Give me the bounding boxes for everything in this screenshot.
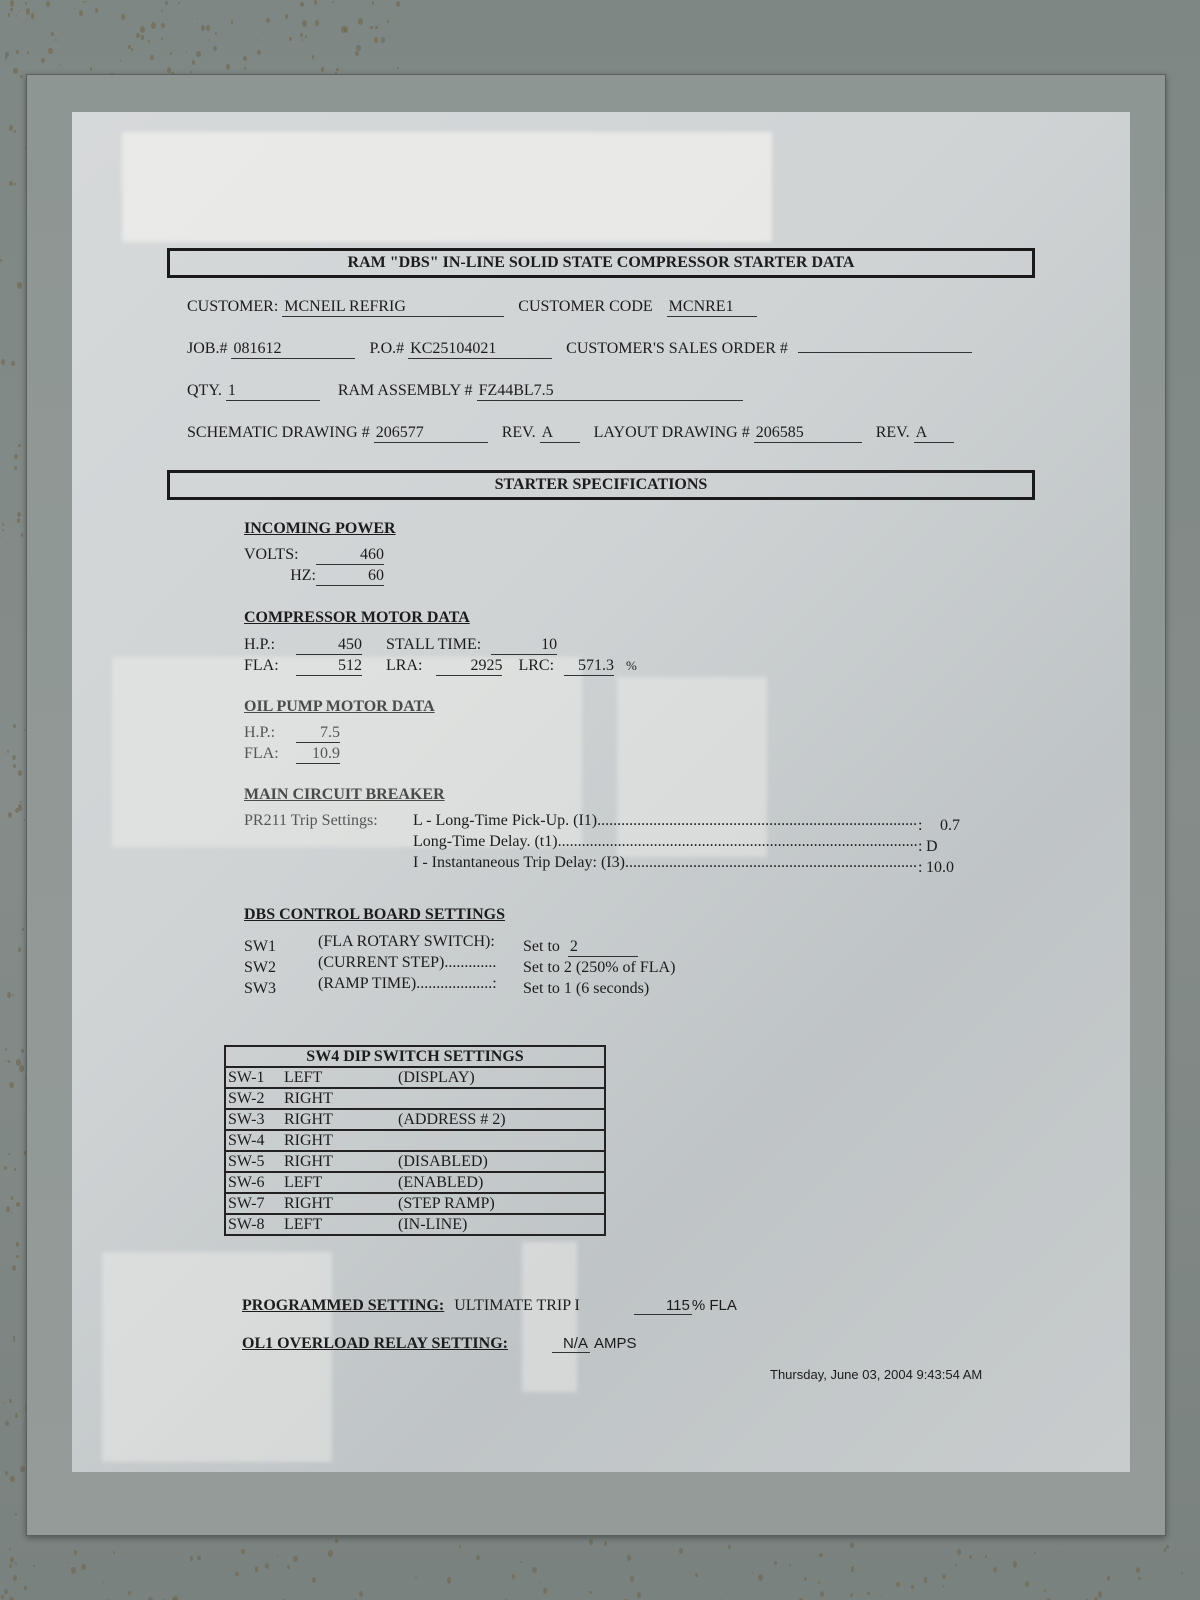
rust-speck — [33, 1565, 35, 1568]
rust-speck — [16, 15, 17, 16]
schematic-value: 206577 — [374, 424, 488, 443]
rust-speck — [9, 1548, 10, 1550]
rust-speck — [20, 1410, 21, 1412]
dbs-board-heading: DBS CONTROL BOARD SETTINGS — [244, 906, 505, 924]
unit: % FLA — [692, 1297, 737, 1314]
oil-pump-heading: OIL PUMP MOTOR DATA — [244, 698, 435, 716]
dip-switch-id: SW-1 — [225, 1067, 282, 1088]
rust-speck — [993, 1567, 997, 1572]
rust-speck — [226, 64, 230, 70]
rust-speck — [190, 71, 192, 73]
rust-speck — [46, 1, 50, 7]
rust-speck — [370, 26, 373, 30]
rust-speck — [789, 1564, 791, 1567]
rust-speck — [41, 58, 45, 63]
label: P.O.# — [369, 340, 404, 357]
rust-speck — [22, 928, 25, 932]
dip-note: (ADDRESS # 2) — [396, 1109, 605, 1130]
rust-speck — [543, 1588, 547, 1594]
label: CUSTOMER: — [187, 298, 278, 315]
rust-speck — [1013, 1561, 1017, 1567]
customer-value: MCNEIL REFRIG — [282, 298, 504, 317]
rust-speck — [14, 466, 17, 470]
rust-speck — [302, 39, 304, 42]
rust-speck — [335, 1539, 338, 1543]
rust-speck — [851, 1566, 855, 1571]
rust-speck — [358, 18, 363, 25]
dip-switch-id: SW-4 — [225, 1130, 282, 1151]
dip-position: RIGHT — [282, 1130, 396, 1151]
rust-speck — [911, 1585, 914, 1589]
main-breaker-heading: MAIN CIRCUIT BREAKER — [244, 786, 445, 804]
oil-fla-value: 10.9 — [296, 745, 340, 764]
breaker-setting-row: L - Long-Time Pick-Up. (I1).............… — [413, 812, 960, 835]
document-title: RAM "DBS" IN-LINE SOLID STATE COMPRESSOR… — [167, 248, 1035, 278]
rust-speck — [74, 7, 75, 9]
rust-speck — [627, 1555, 631, 1560]
rust-speck — [21, 1049, 24, 1053]
rust-speck — [128, 1591, 130, 1594]
rust-speck — [17, 282, 22, 289]
rust-speck — [300, 33, 303, 37]
rust-speck — [679, 1548, 683, 1553]
rust-speck — [24, 819, 25, 821]
rust-speck — [336, 68, 339, 72]
label: VOLTS: — [244, 546, 316, 564]
rust-speck — [305, 35, 307, 38]
dip-switch-id: SW-2 — [225, 1088, 282, 1109]
po-value: KC25104021 — [408, 340, 552, 359]
dip-switch-id: SW-7 — [225, 1193, 282, 1214]
switch-setting: Set to 1 (6 seconds) — [523, 980, 649, 997]
label: SCHEMATIC DRAWING # — [187, 424, 370, 441]
rust-speck — [9, 125, 14, 132]
rust-speck — [26, 8, 31, 15]
switch-id: SW3 — [244, 980, 318, 998]
rust-speck — [161, 10, 163, 13]
rust-speck — [728, 1545, 731, 1549]
rust-speck — [15, 1562, 17, 1565]
rust-speck — [55, 39, 57, 41]
rust-speck — [12, 755, 16, 760]
rust-speck — [161, 23, 165, 28]
rust-speck — [14, 454, 18, 459]
rust-speck — [15, 1513, 17, 1516]
lrc-value: 571.3 — [564, 657, 614, 676]
rust-speck — [589, 1591, 591, 1594]
rust-speck — [16, 50, 19, 54]
rust-speck — [867, 1592, 870, 1596]
label: H.P.: — [244, 724, 296, 742]
rust-speck — [1, 1595, 4, 1599]
incoming-power-heading: INCOMING POWER — [244, 520, 396, 538]
rust-speck — [206, 25, 210, 30]
rust-speck — [752, 1572, 753, 1574]
dip-position: RIGHT — [282, 1088, 396, 1109]
rust-speck — [5, 1421, 9, 1426]
rust-speck — [374, 37, 379, 43]
dip-row: SW-1LEFT(DISPLAY) — [225, 1067, 605, 1088]
rust-speck — [196, 51, 200, 57]
rust-speck — [51, 32, 54, 36]
rust-speck — [15, 1413, 18, 1418]
rust-speck — [213, 46, 217, 52]
dip-position: RIGHT — [282, 1109, 396, 1130]
customer-code-value: MCNRE1 — [667, 298, 757, 317]
colon: : — [918, 859, 926, 877]
trip-settings-label: PR211 Trip Settings: — [244, 812, 378, 830]
rust-speck — [10, 1557, 15, 1563]
dbs-setting-row: SW3(RAMP TIME)...................:Set to… — [244, 975, 649, 998]
switch-desc: (CURRENT STEP)............. — [318, 954, 523, 972]
rust-speck — [19, 1578, 20, 1580]
rust-speck — [12, 994, 13, 996]
dip-switch-id: SW-5 — [225, 1151, 282, 1172]
rust-speck — [11, 1196, 13, 1199]
rust-speck — [540, 1581, 541, 1583]
rust-speck — [24, 1586, 26, 1589]
switch-desc: (FLA ROTARY SWITCH): — [318, 933, 523, 951]
rust-speck — [302, 20, 307, 27]
rust-speck — [17, 518, 20, 522]
rust-speck — [103, 1581, 104, 1582]
label: HZ: — [244, 567, 316, 585]
rust-speck — [16, 1242, 20, 1247]
dip-note: (STEP RAMP) — [396, 1193, 605, 1214]
rust-speck — [186, 51, 187, 53]
dip-position: RIGHT — [282, 1193, 396, 1214]
label: QTY. — [187, 382, 222, 399]
drawing-row: SCHEMATIC DRAWING # 206577 REV. A LAYOUT… — [187, 424, 954, 443]
dip-note: (ENABLED) — [396, 1172, 605, 1193]
compressor-motor-heading: COMPRESSOR MOTOR DATA — [244, 609, 470, 627]
rust-speck — [13, 764, 16, 768]
rust-speck — [9, 1564, 12, 1568]
rust-speck — [20, 801, 22, 803]
label: H.P.: — [244, 636, 296, 654]
rust-speck — [818, 1581, 820, 1584]
rust-speck — [14, 130, 16, 133]
rust-speck — [8, 812, 13, 819]
rust-speck — [0, 259, 2, 261]
rust-speck — [4, 1589, 8, 1594]
label-text: HZ: — [290, 567, 316, 584]
job-row: JOB.# 081612 P.O.# KC25104021 CUSTOMER'S… — [187, 340, 972, 359]
rust-speck — [81, 1564, 86, 1571]
rust-speck — [13, 68, 17, 74]
dip-row: SW-2RIGHT — [225, 1088, 605, 1109]
customer-row: CUSTOMER: MCNEIL REFRIG CUSTOMER CODE MC… — [187, 298, 757, 317]
programmed-text: ULTIMATE TRIP I — [454, 1297, 580, 1314]
label: CUSTOMER CODE — [518, 298, 652, 315]
rust-speck — [969, 1555, 972, 1559]
rust-speck — [1, 359, 6, 366]
rust-speck — [6, 542, 7, 544]
programmed-setting-row: PROGRAMMED SETTING: ULTIMATE TRIP I 115%… — [242, 1297, 737, 1315]
rust-speck — [356, 45, 361, 51]
rust-speck — [67, 1562, 69, 1564]
print-timestamp: Thursday, June 03, 2004 9:43:54 AM — [770, 1367, 982, 1382]
rust-speck — [16, 1202, 19, 1207]
rust-speck — [235, 1572, 238, 1576]
dip-position: LEFT — [282, 1067, 396, 1088]
rust-speck — [104, 18, 105, 20]
rust-speck — [13, 1575, 17, 1581]
rust-speck — [150, 55, 153, 60]
hz-row: HZ:60 — [244, 567, 384, 586]
rust-speck — [6, 1206, 10, 1211]
rust-speck — [231, 20, 234, 24]
rust-speck — [17, 512, 20, 517]
label: LRA: — [386, 657, 422, 674]
rust-speck — [315, 20, 319, 25]
rust-speck — [285, 14, 288, 19]
rust-speck — [18, 11, 19, 13]
dip-note: (IN-LINE) — [396, 1214, 605, 1235]
dip-position: LEFT — [282, 1172, 396, 1193]
rust-speck — [18, 770, 22, 776]
rust-speck — [244, 67, 246, 70]
oil-fla-row: FLA:10.9 — [244, 745, 340, 764]
rust-speck — [321, 67, 325, 73]
rust-speck — [8, 13, 11, 17]
dip-switch-id: SW-3 — [225, 1109, 282, 1130]
setting-value: 10.0 — [926, 859, 960, 877]
rust-speck — [5, 52, 9, 57]
dip-switch-table: SW4 DIP SWITCH SETTINGS SW-1LEFT(DISPLAY… — [224, 1045, 606, 1236]
rust-speck — [1138, 1577, 1140, 1580]
rust-speck — [314, 0, 317, 4]
rust-speck — [955, 1564, 956, 1566]
rust-speck — [11, 361, 15, 366]
rust-speck — [293, 1556, 298, 1563]
rust-speck — [190, 1556, 193, 1561]
rust-speck — [396, 1, 401, 7]
label: REV. — [876, 424, 910, 441]
label: OL1 OVERLOAD RELAY SETTING: — [242, 1335, 508, 1352]
rust-speck — [16, 1255, 19, 1259]
rust-speck — [121, 14, 125, 20]
rust-speck — [178, 2, 180, 4]
breaker-setting-row: I - Instantaneous Trip Delay: (I3)......… — [413, 854, 960, 877]
rust-speck — [18, 947, 21, 952]
rust-speck — [266, 18, 270, 24]
rust-speck — [19, 1065, 24, 1072]
rust-speck — [447, 1577, 452, 1583]
switch-desc: (RAMP TIME)...................: — [318, 975, 523, 993]
compressor-fla-value: 512 — [296, 657, 362, 676]
rust-speck — [20, 75, 23, 79]
job-value: 081612 — [231, 340, 355, 359]
setting-label: L - Long-Time Pick-Up. (I1).............… — [413, 812, 918, 830]
rust-speck — [209, 39, 210, 41]
dip-switch-id: SW-6 — [225, 1172, 282, 1193]
rust-speck — [173, 1596, 177, 1600]
rust-speck — [372, 1, 374, 4]
rust-speck — [355, 51, 359, 56]
glare — [522, 1242, 577, 1392]
rust-speck — [630, 1576, 634, 1581]
dip-row: SW-7RIGHT(STEP RAMP) — [225, 1193, 605, 1214]
rust-speck — [758, 1574, 763, 1581]
rust-speck — [10, 1476, 14, 1482]
rust-speck — [850, 1542, 854, 1548]
dip-note — [396, 1130, 605, 1151]
rust-speck — [25, 2, 27, 5]
specifications-title: STARTER SPECIFICATIONS — [167, 470, 1035, 500]
rust-speck — [9, 1399, 12, 1403]
rust-speck — [48, 48, 53, 55]
rust-speck — [13, 1339, 15, 1342]
schematic-rev-value: A — [540, 424, 580, 443]
rust-speck — [1034, 1552, 1036, 1554]
rust-speck — [985, 1555, 987, 1558]
label: CUSTOMER'S SALES ORDER # — [566, 340, 788, 357]
rust-speck — [1098, 1591, 1103, 1597]
rust-speck — [257, 39, 258, 41]
rust-speck — [140, 26, 145, 33]
rust-speck — [5, 1048, 7, 1051]
rust-speck — [10, 0, 15, 6]
rust-speck — [637, 1592, 642, 1599]
rust-speck — [520, 1561, 522, 1563]
rust-speck — [18, 804, 23, 811]
rust-speck — [136, 33, 140, 39]
label: JOB.# — [187, 340, 227, 357]
rust-speck — [8, 1060, 10, 1063]
dip-note — [396, 1088, 605, 1109]
volts-value: 460 — [316, 546, 384, 565]
rust-speck — [6, 1060, 7, 1062]
rust-speck — [79, 10, 83, 16]
rust-speck — [415, 1577, 417, 1579]
rust-speck — [20, 1466, 24, 1472]
dip-row: SW-4RIGHT — [225, 1130, 605, 1151]
rust-speck — [1025, 1581, 1030, 1587]
rust-speck — [819, 1553, 822, 1557]
switch-setting: Set to 2 (250% of FLA) — [523, 959, 675, 976]
rust-speck — [804, 1577, 807, 1581]
overload-setting-row: OL1 OVERLOAD RELAY SETTING: N/A AMPS — [242, 1335, 637, 1353]
rust-speck — [476, 1555, 480, 1561]
rust-speck — [120, 60, 121, 61]
rust-speck — [774, 1561, 777, 1565]
dip-row: SW-8LEFT(IN-LINE) — [225, 1214, 605, 1235]
rust-speck — [7, 750, 9, 753]
rust-speck — [243, 56, 247, 61]
rust-speck — [924, 1577, 928, 1582]
switch-setting: Set to — [523, 938, 560, 955]
rust-speck — [1107, 1576, 1110, 1580]
rust-speck — [8, 1153, 9, 1155]
layout-value: 206585 — [754, 424, 862, 443]
rust-speck — [13, 1336, 15, 1339]
dip-note: (DISABLED) — [396, 1151, 605, 1172]
rust-speck — [359, 1591, 363, 1597]
label: PROGRAMMED SETTING: — [242, 1297, 444, 1314]
rust-speck — [83, 1, 84, 3]
lra-value: 2925 — [436, 657, 502, 676]
rust-speck — [5, 1471, 8, 1475]
dip-table-title: SW4 DIP SWITCH SETTINGS — [225, 1046, 605, 1067]
rust-speck — [277, 1555, 278, 1557]
rust-speck — [695, 1573, 698, 1577]
rust-speck — [9, 1082, 14, 1088]
rust-speck — [241, 1549, 244, 1554]
dip-note: (DISPLAY) — [396, 1067, 605, 1088]
rust-speck — [312, 55, 314, 58]
rust-speck — [95, 8, 98, 13]
rust-speck — [257, 50, 261, 55]
qty-row: QTY. 1 RAM ASSEMBLY # FZ44BL7.5 — [187, 382, 743, 401]
rust-speck — [375, 26, 377, 29]
rust-speck — [170, 52, 172, 55]
rust-speck — [942, 1574, 946, 1580]
rust-speck — [1164, 1548, 1167, 1552]
label: LAYOUT DRAWING # — [594, 424, 750, 441]
rust-speck — [881, 1596, 883, 1598]
rust-speck — [86, 1, 87, 3]
glare — [102, 1252, 332, 1462]
rust-speck — [7, 992, 11, 998]
label: FLA: — [244, 657, 296, 675]
compressor-hp-row: H.P.:450 STALL TIME:10 — [244, 636, 557, 655]
rust-speck — [387, 20, 389, 23]
rust-speck — [943, 1585, 945, 1588]
dip-row: SW-6LEFT(ENABLED) — [225, 1172, 605, 1193]
rust-speck — [1044, 1589, 1047, 1593]
rust-speck — [71, 1567, 75, 1573]
rust-speck — [59, 64, 60, 66]
rust-speck — [192, 60, 195, 65]
rust-speck — [896, 1582, 900, 1587]
rust-speck — [4, 1402, 5, 1404]
oil-hp-value: 7.5 — [296, 724, 340, 743]
rust-speck — [13, 724, 16, 728]
rust-speck — [113, 1551, 115, 1554]
sales-order-value — [798, 352, 972, 353]
rust-speck — [131, 48, 133, 51]
rust-speck — [4, 1166, 7, 1170]
rust-speck — [328, 1550, 333, 1557]
rust-speck — [201, 25, 205, 31]
dip-position: RIGHT — [282, 1151, 396, 1172]
label: LRC: — [518, 657, 554, 674]
ultimate-trip-value: 115 — [634, 1297, 692, 1315]
dbs-setting-row: SW2(CURRENT STEP).............Set to 2 (… — [244, 954, 675, 977]
compressor-fla-row: FLA:512 LRA:2925 LRC:571.3 % — [244, 657, 637, 676]
rust-speck — [215, 32, 217, 35]
dip-row: SW-5RIGHT(DISABLED) — [225, 1151, 605, 1172]
rust-speck — [14, 183, 15, 185]
rust-speck — [141, 35, 144, 40]
rust-speck — [604, 1541, 607, 1545]
label: REV. — [502, 424, 536, 441]
rust-speck — [27, 51, 29, 54]
rust-speck — [265, 1563, 269, 1569]
rust-speck — [397, 67, 399, 70]
rust-speck — [9, 181, 13, 186]
rust-speck — [532, 1567, 536, 1573]
compressor-hp-value: 450 — [296, 636, 362, 655]
qty-value: 1 — [226, 382, 320, 401]
rust-speck — [10, 1417, 12, 1419]
rust-speck — [459, 1545, 461, 1548]
assembly-value: FZ44BL7.5 — [477, 382, 743, 401]
rust-speck — [197, 18, 199, 20]
rust-speck — [287, 1565, 290, 1569]
rust-speck — [957, 1549, 961, 1555]
